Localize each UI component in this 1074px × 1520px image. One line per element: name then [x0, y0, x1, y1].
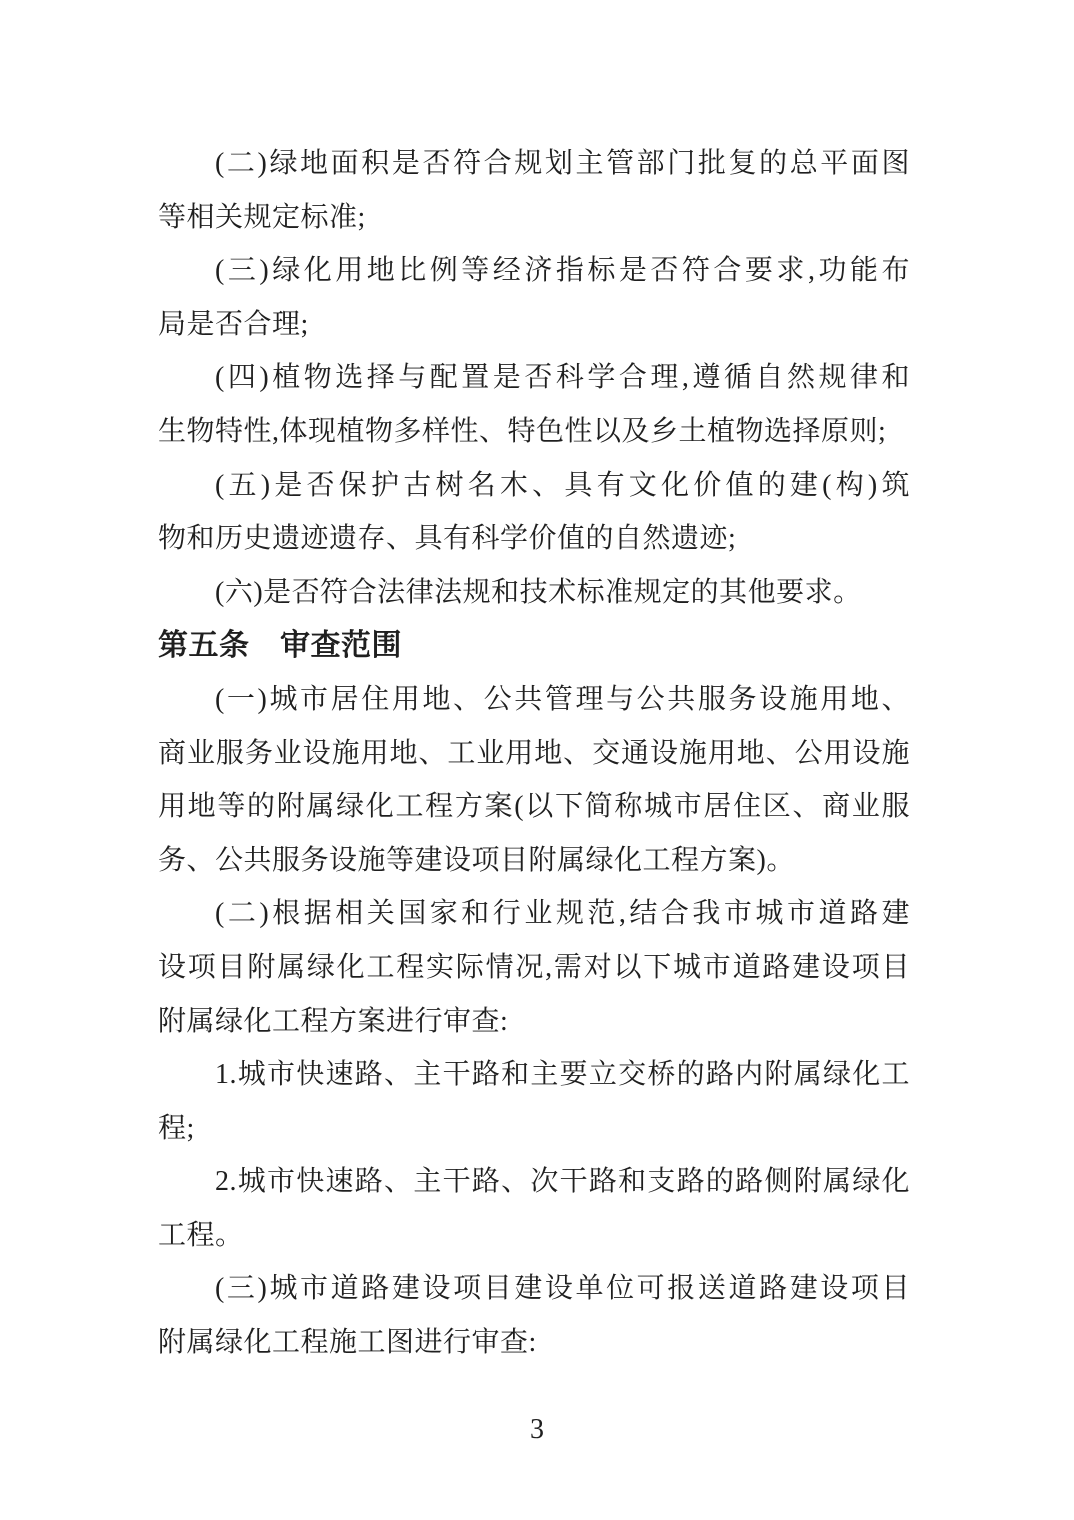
text-line: 局是否合理;	[158, 298, 910, 352]
text-line: 物和历史遗迹遗存、具有科学价值的自然遗迹;	[158, 512, 910, 566]
text-line: (五)是否保护古树名木、具有文化价值的建(构)筑	[158, 459, 910, 513]
text-line: (六)是否符合法律法规和技术标准规定的其他要求。	[158, 566, 910, 620]
paragraph: 1.城市快速路、主干路和主要立交桥的路内附属绿化工程;	[158, 1048, 910, 1155]
text-line: (一)城市居住用地、公共管理与公共服务设施用地、	[158, 673, 910, 727]
text-line: (四)植物选择与配置是否科学合理,遵循自然规律和	[158, 351, 910, 405]
text-line: 等相关规定标准;	[158, 191, 910, 245]
paragraph: 2.城市快速路、主干路、次干路和支路的路侧附属绿化工程。	[158, 1155, 910, 1262]
text-line: 程;	[158, 1102, 910, 1156]
text-line: 务、公共服务设施等建设项目附属绿化工程方案)。	[158, 834, 910, 888]
text-line: 附属绿化工程方案进行审查:	[158, 995, 910, 1049]
article-heading: 第五条 审查范围	[158, 619, 910, 673]
text-line: 用地等的附属绿化工程方案(以下简称城市居住区、商业服	[158, 780, 910, 834]
paragraph: (六)是否符合法律法规和技术标准规定的其他要求。	[158, 566, 910, 620]
paragraph: (一)城市居住用地、公共管理与公共服务设施用地、商业服务业设施用地、工业用地、交…	[158, 673, 910, 887]
text-line: 商业服务业设施用地、工业用地、交通设施用地、公用设施	[158, 727, 910, 781]
text-line: 2.城市快速路、主干路、次干路和支路的路侧附属绿化	[158, 1155, 910, 1209]
document-page: (二)绿地面积是否符合规划主管部门批复的总平面图等相关规定标准;(三)绿化用地比…	[0, 0, 1074, 1520]
paragraph: (二)根据相关国家和行业规范,结合我市城市道路建设项目附属绿化工程实际情况,需对…	[158, 887, 910, 1048]
text-line: (二)绿地面积是否符合规划主管部门批复的总平面图	[158, 137, 910, 191]
text-line: (三)城市道路建设项目建设单位可报送道路建设项目	[158, 1262, 910, 1316]
paragraph: (三)城市道路建设项目建设单位可报送道路建设项目附属绿化工程施工图进行审查:	[158, 1262, 910, 1369]
document-content: (二)绿地面积是否符合规划主管部门批复的总平面图等相关规定标准;(三)绿化用地比…	[158, 137, 910, 1370]
text-line: 1.城市快速路、主干路和主要立交桥的路内附属绿化工	[158, 1048, 910, 1102]
paragraph: (四)植物选择与配置是否科学合理,遵循自然规律和生物特性,体现植物多样性、特色性…	[158, 351, 910, 458]
text-line: 生物特性,体现植物多样性、特色性以及乡土植物选择原则;	[158, 405, 910, 459]
text-line: (二)根据相关国家和行业规范,结合我市城市道路建	[158, 887, 910, 941]
text-line: (三)绿化用地比例等经济指标是否符合要求,功能布	[158, 244, 910, 298]
heading-text-line: 第五条 审查范围	[158, 619, 910, 673]
paragraph: (二)绿地面积是否符合规划主管部门批复的总平面图等相关规定标准;	[158, 137, 910, 244]
paragraph: (三)绿化用地比例等经济指标是否符合要求,功能布局是否合理;	[158, 244, 910, 351]
page-number: 3	[0, 1414, 1074, 1446]
text-line: 设项目附属绿化工程实际情况,需对以下城市道路建设项目	[158, 941, 910, 995]
text-line: 工程。	[158, 1209, 910, 1263]
paragraph: (五)是否保护古树名木、具有文化价值的建(构)筑物和历史遗迹遗存、具有科学价值的…	[158, 459, 910, 566]
text-line: 附属绿化工程施工图进行审查:	[158, 1316, 910, 1370]
